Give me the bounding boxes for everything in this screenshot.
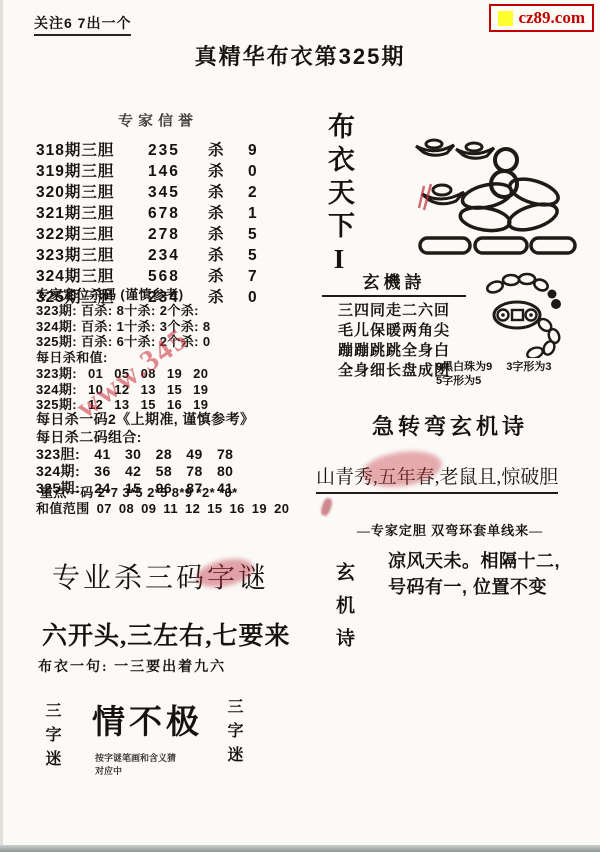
snake-beads-drawing [465, 272, 587, 358]
record-kill-value: 1 [248, 203, 268, 224]
scan-edge-left [0, 0, 3, 852]
poem-title: 玄機詩 [322, 268, 466, 297]
poem-line: 毛儿保暖两角尖 [318, 321, 470, 341]
turn-poem-footer: —专家定胆 双弯环套单线来— [320, 520, 580, 539]
record-row: 321期三胆 678 杀 1 [36, 203, 268, 224]
record-row: 322期三胆 278 杀 5 [36, 224, 268, 245]
riddle-caption: 按字谜笔画和含义猜 对应中 [95, 752, 176, 778]
section-line: 324期: 36 42 58 78 80 [36, 463, 233, 480]
record-number: 568 [148, 266, 208, 287]
lottery-sheet-page: 关注6 7出一个 cz89.com 真精华布衣第325期 专家信誉 318期三胆… [0, 0, 600, 852]
bead-caption: 5字形为5 [436, 372, 481, 388]
record-kill-label: 杀 [208, 266, 248, 287]
record-period: 319期三胆 [36, 161, 148, 182]
record-row: 323期三胆 234 杀 5 [36, 245, 268, 266]
record-number: 345 [148, 182, 208, 203]
phrase-headline: 六开头,三左右,七要来 [42, 616, 291, 652]
record-title: 专家信誉 [88, 111, 228, 131]
sum-range-line: 和值范围 07 08 09 11 12 15 16 19 20 [36, 501, 289, 517]
poem-line: 三四同走二六回 [318, 301, 470, 321]
record-number: 234 [148, 245, 208, 266]
riddle-caption-line: 按字谜笔画和含义猜 [95, 752, 176, 765]
daily-one-code-title: 每日杀一码2《上期准, 谨慎参考》 [36, 412, 254, 428]
record-period: 324期三胆 [36, 266, 148, 287]
section-line: 324期: 百杀: 1十杀: 3个杀: 8 [36, 319, 211, 335]
record-kill-value: 9 [248, 140, 268, 161]
record-number: 278 [148, 224, 208, 245]
expert-record-table: 318期三胆 235 杀 9 319期三胆 146 杀 0 320期三胆 345… [36, 140, 268, 308]
section-line: 323期: 百杀: 8十杀: 2个杀: [36, 303, 211, 319]
record-kill-value: 5 [248, 245, 268, 266]
record-period: 320期三胆 [36, 182, 148, 203]
bead-caption: 3字形为3 [506, 358, 551, 374]
buyi-sentence: 布衣一句: 一三要出着九六 [38, 656, 226, 676]
record-period: 321期三胆 [36, 203, 148, 224]
key-one-code-line: 重点一码 2*7 3*5 2*5 8*9 *2* *0* [40, 485, 238, 501]
record-kill-value: 0 [248, 161, 268, 182]
riddle-side-label-left: 三字迷 [40, 702, 63, 774]
turn-poem-title: 急转弯玄机诗 [320, 410, 580, 441]
record-number: 678 [148, 203, 208, 224]
bottom-poem-line: 号码有一, 位置不变 [388, 574, 560, 600]
record-kill-label: 杀 [208, 224, 248, 245]
header-note: 关注6 7出一个 [34, 13, 131, 36]
record-kill-label: 杀 [208, 182, 248, 203]
riddle-side-label-right: 三字迷 [222, 698, 245, 770]
scan-edge-bottom [0, 845, 600, 852]
mystic-vertical-label: 玄机诗 [330, 562, 357, 661]
record-period: 323期三胆 [36, 245, 148, 266]
record-kill-label: 杀 [208, 140, 248, 161]
record-kill-value: 7 [248, 266, 268, 287]
riddle-caption-line: 对应中 [95, 765, 176, 778]
record-number: 146 [148, 161, 208, 182]
record-row: 320期三胆 345 杀 2 [36, 182, 268, 203]
badge-text: cz89.com [518, 8, 585, 28]
record-kill-label: 杀 [208, 245, 248, 266]
badge-yellow-icon [498, 11, 513, 26]
riddle-answer: 情不极 [92, 696, 203, 743]
record-kill-value: 2 [248, 182, 268, 203]
record-kill-value: 0 [248, 287, 268, 308]
record-row: 324期三胆 568 杀 7 [36, 266, 268, 287]
section-title: 每日杀二码组合: [36, 429, 233, 446]
record-kill-label: 杀 [208, 161, 248, 182]
stones-drawing [412, 136, 577, 258]
record-kill-label: 杀 [208, 203, 248, 224]
record-number: 235 [148, 140, 208, 161]
section-title: 专家定位杀码 (谨慎参考) [36, 287, 211, 303]
record-period: 318期三胆 [36, 140, 148, 161]
section-line: 323胆: 41 30 28 49 78 [36, 446, 233, 463]
record-period: 322期三胆 [36, 224, 148, 245]
banner-vertical-title: 布衣天下I [320, 112, 359, 280]
record-row: 319期三胆 146 杀 0 [36, 161, 268, 182]
bottom-poem: 凉风天未。相隔十二, 号码有一, 位置不变 [388, 548, 560, 600]
record-kill-value: 5 [248, 224, 268, 245]
page-title: 真精华布衣第325期 [0, 40, 600, 71]
record-row: 318期三胆 235 杀 9 [36, 140, 268, 161]
record-kill-label: 杀 [208, 287, 248, 308]
site-badge[interactable]: cz89.com [489, 4, 594, 32]
bottom-poem-line: 凉风天未。相隔十二, [388, 548, 560, 574]
red-watermark-smudge [319, 497, 333, 517]
